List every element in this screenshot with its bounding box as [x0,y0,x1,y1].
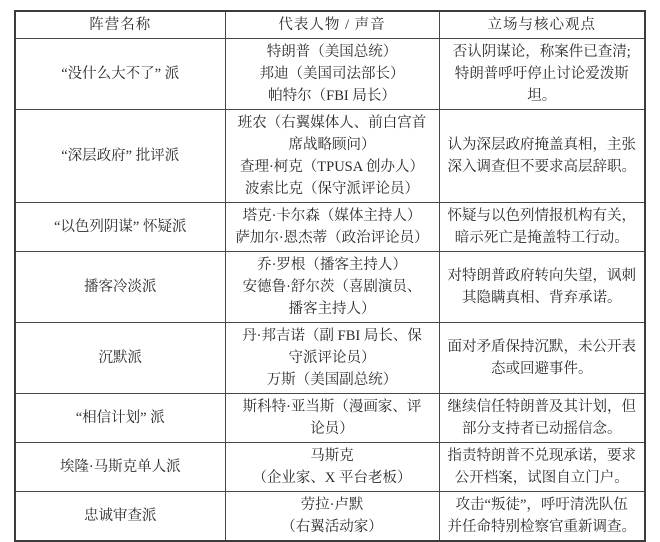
cell-stance: 攻击“叛徒”，呼吁清洗队伍 并任命特别检察官重新调查。 [439,492,645,542]
table-row: 忠诚审查派劳拉·卢默 （右翼活动家）攻击“叛徒”，呼吁清洗队伍 并任命特别检察官… [15,492,645,542]
cell-representatives: 丹·邦吉诺（副 FBI 局长、保 守派评论员） 万斯（美国副总统） [225,323,439,394]
cell-camp-name: 埃隆·马斯克单人派 [15,443,225,492]
cell-camp-name: 忠诚审查派 [15,492,225,542]
table-body: “没什么大不了” 派特朗普（美国总统） 邦迪（美国司法部长） 帕特尔（FBI 局… [15,39,645,542]
cell-representatives: 班农（右翼媒体人、前白宫首 席战略顾问） 查理·柯克（TPUSA 创办人） 波索… [225,110,439,203]
cell-representatives: 塔克·卡尔森（媒体主持人） 萨加尔·恩杰蒂（政治评论员） [225,203,439,252]
cell-stance: 认为深层政府掩盖真相，主张 深入调查但不要求高层辞职。 [439,110,645,203]
cell-representatives: 特朗普（美国总统） 邦迪（美国司法部长） 帕特尔（FBI 局长） [225,39,439,110]
cell-stance: 对特朗普政府转向失望，讽刺 其隐瞒真相、背弃承诺。 [439,252,645,323]
header-row: 阵营名称 代表人物 / 声音 立场与核心观点 [15,11,645,39]
cell-representatives: 乔·罗根（播客主持人） 安德鲁·舒尔茨（喜剧演员、 播客主持人） [225,252,439,323]
cell-stance: 继续信任特朗普及其计划，但 部分支持者已动摇信念。 [439,394,645,443]
header-representatives: 代表人物 / 声音 [225,11,439,39]
table-row: 埃隆·马斯克单人派马斯克 （企业家、X 平台老板）指责特朗普不兑现承诺，要求 公… [15,443,645,492]
table-row: “没什么大不了” 派特朗普（美国总统） 邦迪（美国司法部长） 帕特尔（FBI 局… [15,39,645,110]
cell-stance: 指责特朗普不兑现承诺，要求 公开档案，试图自立门户。 [439,443,645,492]
cell-camp-name: “深层政府” 批评派 [15,110,225,203]
cell-camp-name: “没什么大不了” 派 [15,39,225,110]
header-camp-name: 阵营名称 [15,11,225,39]
table-row: 沉默派丹·邦吉诺（副 FBI 局长、保 守派评论员） 万斯（美国副总统）面对矛盾… [15,323,645,394]
cell-camp-name: 播客冷淡派 [15,252,225,323]
header-stance: 立场与核心观点 [439,11,645,39]
cell-representatives: 劳拉·卢默 （右翼活动家） [225,492,439,542]
cell-camp-name: 沉默派 [15,323,225,394]
table-row: “相信计划” 派斯科特·亚当斯（漫画家、评 论员）继续信任特朗普及其计划，但 部… [15,394,645,443]
cell-camp-name: “以色列阴谋” 怀疑派 [15,203,225,252]
cell-camp-name: “相信计划” 派 [15,394,225,443]
cell-stance: 面对矛盾保持沉默，未公开表 态或回避事件。 [439,323,645,394]
cell-representatives: 斯科特·亚当斯（漫画家、评 论员） [225,394,439,443]
table-row: “深层政府” 批评派班农（右翼媒体人、前白宫首 席战略顾问） 查理·柯克（TPU… [15,110,645,203]
cell-stance: 怀疑与以色列情报机构有关， 暗示死亡是掩盖特工行动。 [439,203,645,252]
table-row: “以色列阴谋” 怀疑派塔克·卡尔森（媒体主持人） 萨加尔·恩杰蒂（政治评论员）怀… [15,203,645,252]
table-row: 播客冷淡派乔·罗根（播客主持人） 安德鲁·舒尔茨（喜剧演员、 播客主持人）对特朗… [15,252,645,323]
camps-table: 阵营名称 代表人物 / 声音 立场与核心观点 “没什么大不了” 派特朗普（美国总… [14,10,646,542]
cell-stance: 否认阴谋论，称案件已查清; 特朗普呼吁停止讨论爱泼斯 坦。 [439,39,645,110]
page: 阵营名称 代表人物 / 声音 立场与核心观点 “没什么大不了” 派特朗普（美国总… [0,0,660,541]
cell-representatives: 马斯克 （企业家、X 平台老板） [225,443,439,492]
